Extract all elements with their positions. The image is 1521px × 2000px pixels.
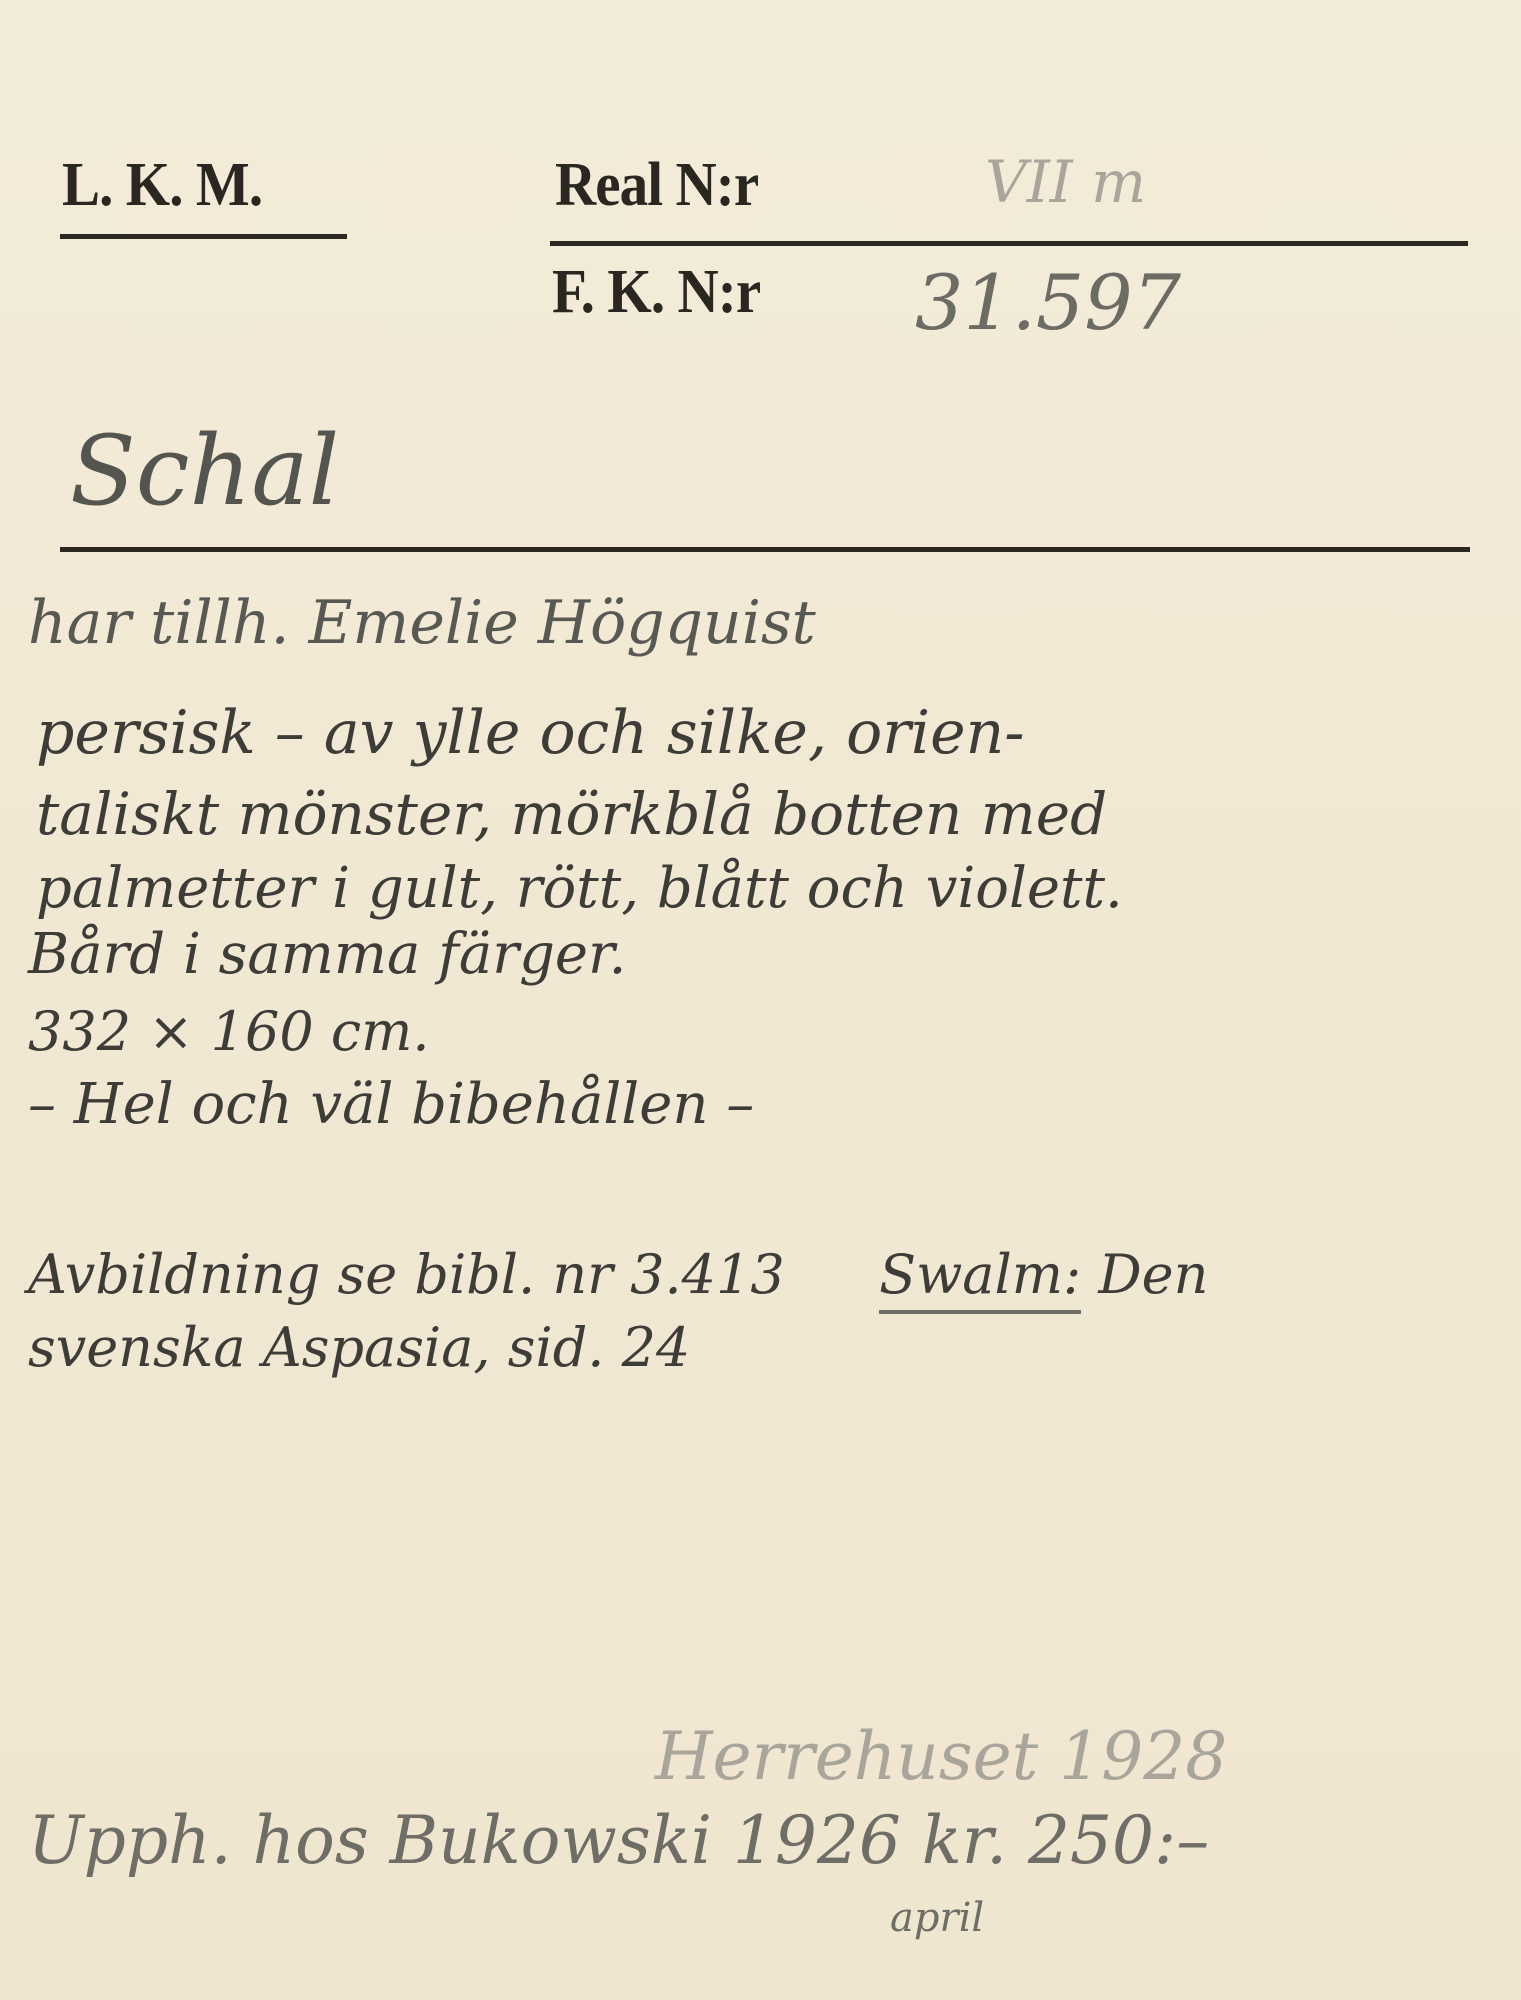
acquisition-month: april (890, 1895, 984, 1941)
description-line: persisk – av ylle och silke, orien- (36, 698, 1025, 768)
museum-abbreviation: L. K. M. (62, 150, 262, 221)
reference-line-1: Avbildning se bibl. nr 3.413 Swalm: Den (28, 1243, 1208, 1306)
reference-prefix: Avbildning se bibl. nr 3.413 (28, 1243, 785, 1306)
description-line: taliskt mönster, mörkblå botten med (36, 780, 1107, 848)
condition-note: – Hel och väl bibehållen – (28, 1072, 754, 1137)
fk-nr-label: F. K. N:r (552, 257, 760, 328)
reference-line-2: svenska Aspasia, sid. 24 (28, 1316, 690, 1379)
reference-source-label: Swalm: (879, 1243, 1081, 1314)
header-rule-left (60, 234, 347, 239)
object-name-rule (60, 547, 1470, 552)
dimensions: 332 × 160 cm. (28, 1000, 430, 1063)
header-rule-right (550, 241, 1468, 246)
real-nr-label: Real N:r (555, 150, 758, 221)
description-line: har tillh. Emelie Högquist (28, 588, 816, 658)
fk-nr-value: 31.597 (915, 258, 1181, 347)
description-line: palmetter i gult, rött, blått och violet… (36, 856, 1123, 921)
acquisition-text: Upph. hos Bukowski 1926 kr. 250:– (28, 1802, 1209, 1879)
object-name: Schal (70, 415, 339, 527)
real-nr-value: VII m (985, 148, 1146, 216)
reference-suffix: Den (1098, 1243, 1208, 1306)
catalogue-card: L. K. M. Real N:r VII m F. K. N:r 31.597… (0, 0, 1521, 2000)
pencil-note: Herrehuset 1928 (655, 1718, 1227, 1795)
description-line: Bård i samma färger. (28, 922, 626, 987)
